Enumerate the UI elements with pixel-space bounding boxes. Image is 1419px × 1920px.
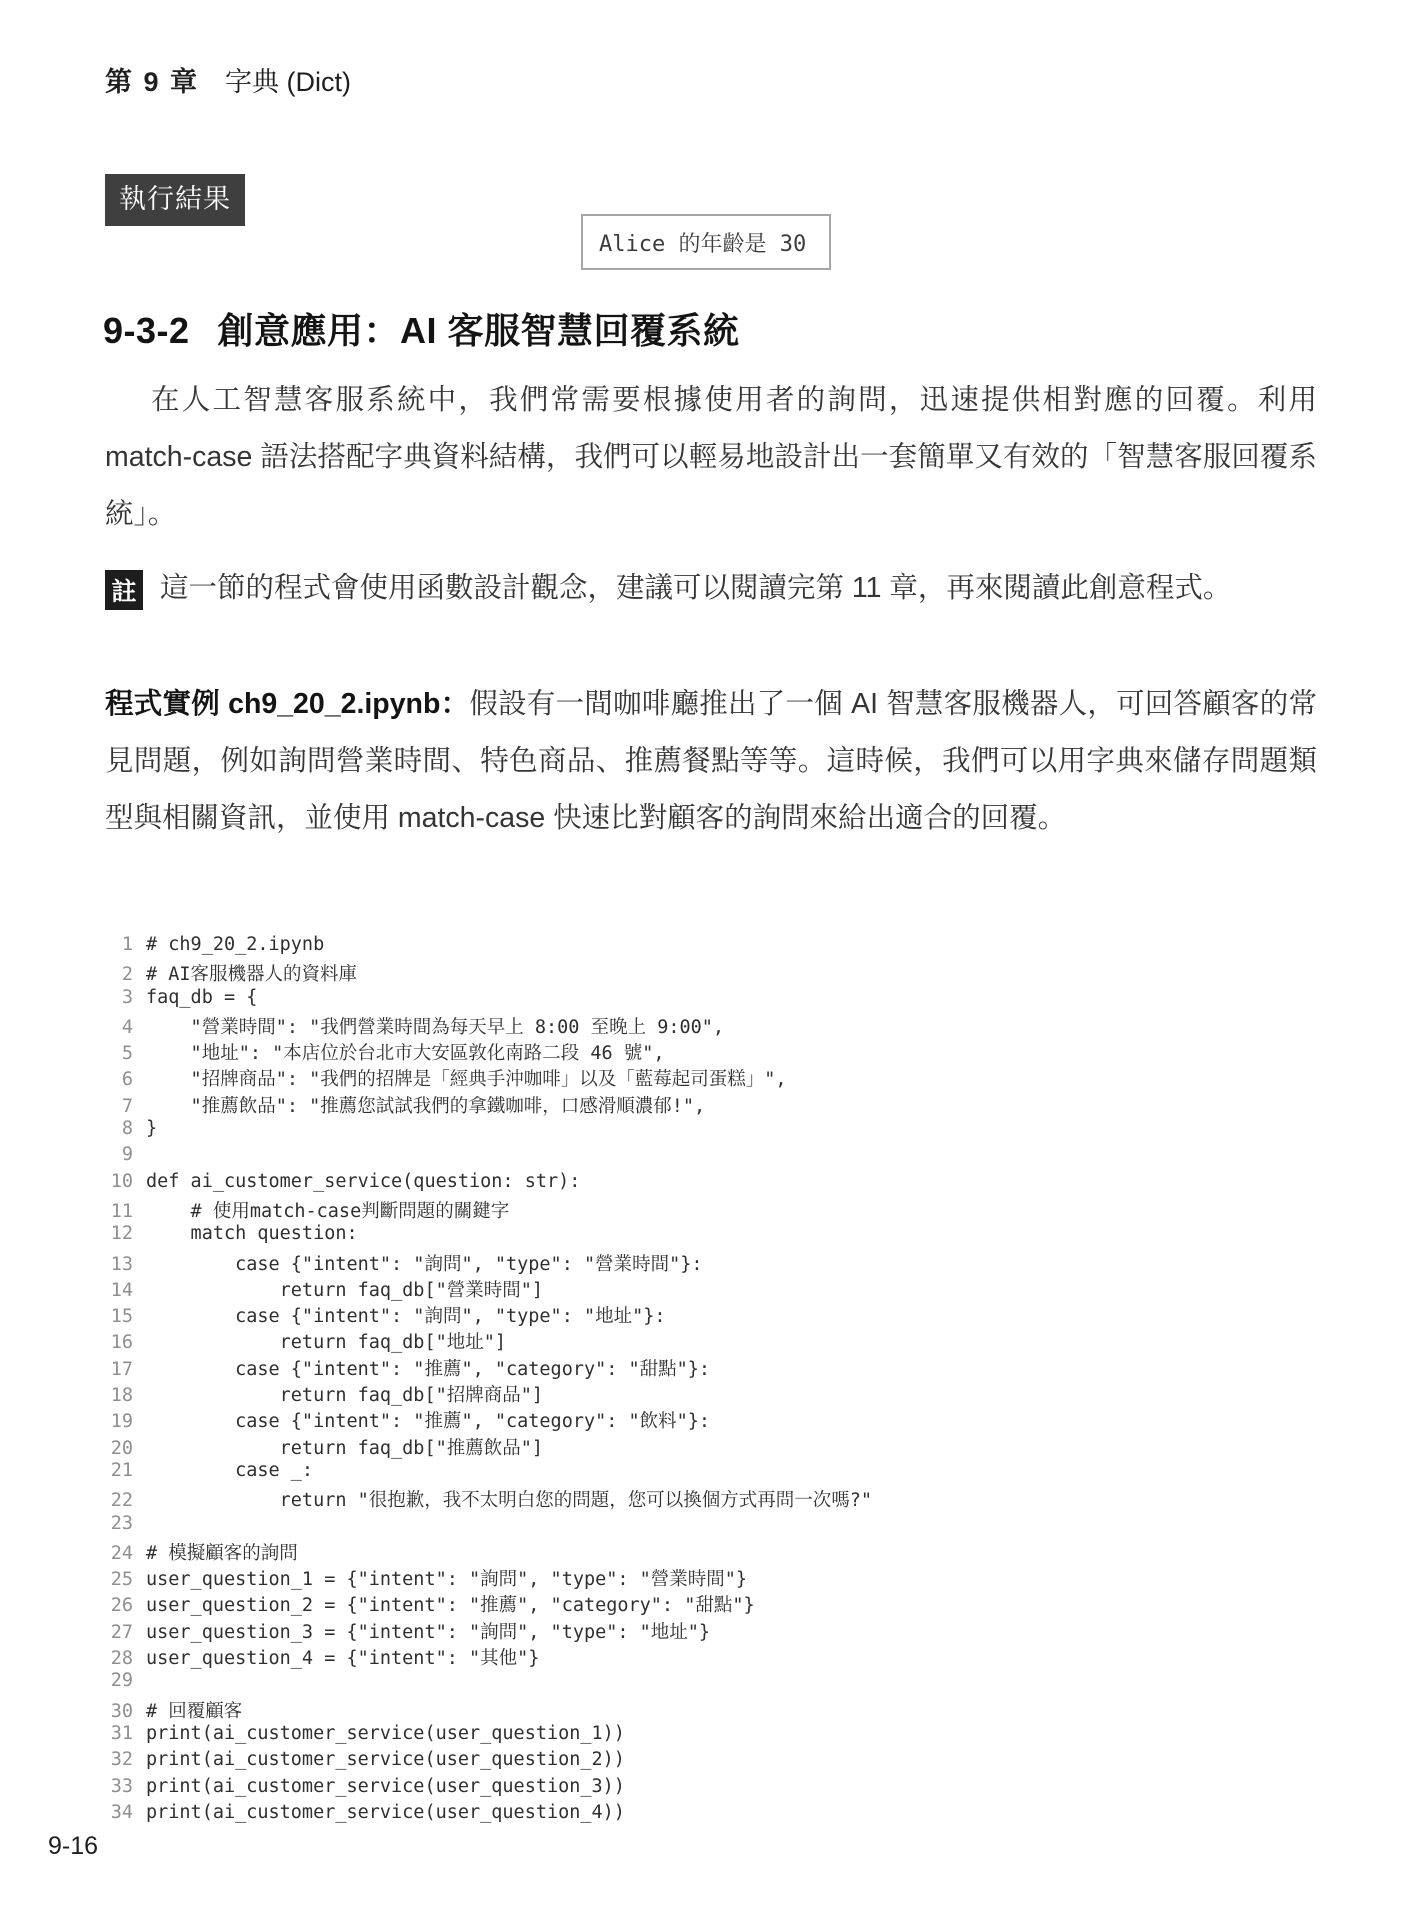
line-number: 28 <box>103 1648 133 1669</box>
code-text: print(ai_customer_service(user_question_… <box>146 1802 625 1823</box>
code-text: def ai_customer_service(question: str): <box>146 1171 580 1192</box>
code-line: 3faq_db = { <box>103 987 1363 1013</box>
line-number: 16 <box>103 1332 133 1353</box>
code-line: 17 case {"intent": "推薦", "category": "甜點… <box>103 1355 1363 1381</box>
line-number: 2 <box>103 964 133 985</box>
code-text: } <box>146 1118 157 1139</box>
line-number: 31 <box>103 1723 133 1744</box>
code-line: 22 return "很抱歉，我不太明白您的問題，您可以換個方式再問一次嗎?" <box>103 1486 1363 1512</box>
line-number: 15 <box>103 1306 133 1327</box>
code-text: "推薦飲品": "推薦您試試我們的拿鐵咖啡，口感滑順濃郁!", <box>146 1092 705 1118</box>
line-number: 5 <box>103 1043 133 1064</box>
line-number: 19 <box>103 1411 133 1432</box>
code-line: 34print(ai_customer_service(user_questio… <box>103 1802 1363 1828</box>
line-number: 18 <box>103 1385 133 1406</box>
code-line: 28user_question_4 = {"intent": "其他"} <box>103 1644 1363 1670</box>
line-number: 12 <box>103 1223 133 1244</box>
code-line: 5 "地址": "本店位於台北市大安區敦化南路二段 46 號", <box>103 1039 1363 1065</box>
code-text: return faq_db["營業時間"] <box>146 1276 543 1302</box>
line-number: 13 <box>103 1254 133 1275</box>
line-number: 32 <box>103 1749 133 1770</box>
intro-paragraph: 在人工智慧客服系統中，我們常需要根據使用者的詢問，迅速提供相對應的回覆。利用 m… <box>105 372 1317 543</box>
code-line: 20 return faq_db["推薦飲品"] <box>103 1434 1363 1460</box>
code-text: user_question_1 = {"intent": "詢問", "type… <box>146 1565 747 1591</box>
code-text: "營業時間": "我們營業時間為每天早上 8:00 至晚上 9:00", <box>146 1013 724 1039</box>
code-text: user_question_2 = {"intent": "推薦", "cate… <box>146 1591 755 1617</box>
code-line: 33print(ai_customer_service(user_questio… <box>103 1776 1363 1802</box>
code-line: 30# 回覆顧客 <box>103 1697 1363 1723</box>
code-line: 2# AI客服機器人的資料庫 <box>103 960 1363 986</box>
code-text: case {"intent": "推薦", "category": "甜點"}: <box>146 1355 710 1381</box>
code-text: case {"intent": "詢問", "type": "營業時間"}: <box>146 1250 703 1276</box>
code-text: print(ai_customer_service(user_question_… <box>146 1776 625 1797</box>
code-line: 10def ai_customer_service(question: str)… <box>103 1171 1363 1197</box>
code-line: 29 <box>103 1670 1363 1696</box>
section-heading: 9-3-2 創意應用：AI 客服智慧回覆系統 <box>103 303 740 354</box>
code-line: 27user_question_3 = {"intent": "詢問", "ty… <box>103 1618 1363 1644</box>
chapter-number: 第 9 章 <box>105 60 199 99</box>
chapter-title: 字典 (Dict) <box>225 60 351 99</box>
code-line: 11 # 使用match-case判斷問題的關鍵字 <box>103 1197 1363 1223</box>
line-number: 7 <box>103 1096 133 1117</box>
example-lead: 程式實例 ch9_20_2.ipynb： <box>105 688 469 720</box>
line-number: 26 <box>103 1595 133 1616</box>
code-line: 31print(ai_customer_service(user_questio… <box>103 1723 1363 1749</box>
code-listing: 1# ch9_20_2.ipynb2# AI客服機器人的資料庫3faq_db =… <box>103 934 1363 1828</box>
line-number: 20 <box>103 1438 133 1459</box>
code-line: 14 return faq_db["營業時間"] <box>103 1276 1363 1302</box>
code-line: 23 <box>103 1513 1363 1539</box>
code-text: # AI客服機器人的資料庫 <box>146 960 357 986</box>
note-badge: 註 <box>105 570 143 610</box>
code-line: 7 "推薦飲品": "推薦您試試我們的拿鐵咖啡，口感滑順濃郁!", <box>103 1092 1363 1118</box>
line-number: 14 <box>103 1280 133 1301</box>
line-number: 8 <box>103 1118 133 1139</box>
code-text: # ch9_20_2.ipynb <box>146 934 324 955</box>
code-line: 6 "招牌商品": "我們的招牌是「經典手沖咖啡」以及「藍莓起司蛋糕」", <box>103 1065 1363 1091</box>
code-text: print(ai_customer_service(user_question_… <box>146 1723 625 1744</box>
code-text: # 回覆顧客 <box>146 1697 242 1723</box>
line-number: 3 <box>103 987 133 1008</box>
footer-page-number: 9-16 <box>48 1832 98 1861</box>
code-text: case {"intent": "推薦", "category": "飲料"}: <box>146 1407 710 1433</box>
program-output-box: Alice 的年齡是 30 <box>581 214 831 270</box>
code-line: 25user_question_1 = {"intent": "詢問", "ty… <box>103 1565 1363 1591</box>
code-line: 4 "營業時間": "我們營業時間為每天早上 8:00 至晚上 9:00", <box>103 1013 1363 1039</box>
code-text: case _: <box>146 1460 313 1481</box>
section-number: 9-3-2 <box>103 310 190 352</box>
code-text: print(ai_customer_service(user_question_… <box>146 1749 625 1770</box>
code-text: # 模擬顧客的詢問 <box>146 1539 298 1565</box>
code-text: user_question_4 = {"intent": "其他"} <box>146 1644 539 1670</box>
code-line: 13 case {"intent": "詢問", "type": "營業時間"}… <box>103 1250 1363 1276</box>
line-number: 23 <box>103 1513 133 1534</box>
line-number: 21 <box>103 1460 133 1481</box>
execution-result-badge: 執行結果 <box>105 174 245 226</box>
code-text: case {"intent": "詢問", "type": "地址"}: <box>146 1302 666 1328</box>
program-output-text: Alice 的年齡是 30 <box>599 227 806 258</box>
code-text: match question: <box>146 1223 358 1244</box>
code-line: 15 case {"intent": "詢問", "type": "地址"}: <box>103 1302 1363 1328</box>
code-text: return "很抱歉，我不太明白您的問題，您可以換個方式再問一次嗎?" <box>146 1486 872 1512</box>
line-number: 17 <box>103 1359 133 1380</box>
code-text: return faq_db["招牌商品"] <box>146 1381 543 1407</box>
section-title: 創意應用：AI 客服智慧回覆系統 <box>218 303 740 354</box>
example-paragraph: 程式實例 ch9_20_2.ipynb：假設有一間咖啡廳推出了一個 AI 智慧客… <box>105 676 1317 847</box>
chapter-header: 第 9 章 字典 (Dict) <box>105 60 351 99</box>
line-number: 9 <box>103 1144 133 1165</box>
code-text: faq_db = { <box>146 987 257 1008</box>
code-line: 24# 模擬顧客的詢問 <box>103 1539 1363 1565</box>
line-number: 25 <box>103 1569 133 1590</box>
note-text: 這一節的程式會使用函數設計觀念，建議可以閱讀完第 11 章，再來閱讀此創意程式。 <box>160 560 1317 617</box>
code-line: 32print(ai_customer_service(user_questio… <box>103 1749 1363 1775</box>
code-text: return faq_db["地址"] <box>146 1328 506 1354</box>
book-page: 第 9 章 字典 (Dict) 執行結果 Alice 的年齡是 30 9-3-2… <box>0 0 1419 1920</box>
line-number: 27 <box>103 1622 133 1643</box>
line-number: 22 <box>103 1490 133 1511</box>
line-number: 34 <box>103 1802 133 1823</box>
code-text: "地址": "本店位於台北市大安區敦化南路二段 46 號", <box>146 1039 665 1065</box>
code-line: 8} <box>103 1118 1363 1144</box>
line-number: 24 <box>103 1543 133 1564</box>
line-number: 4 <box>103 1017 133 1038</box>
code-text: "招牌商品": "我們的招牌是「經典手沖咖啡」以及「藍莓起司蛋糕」", <box>146 1065 787 1091</box>
code-line: 16 return faq_db["地址"] <box>103 1328 1363 1354</box>
line-number: 11 <box>103 1201 133 1222</box>
line-number: 1 <box>103 934 133 955</box>
code-line: 26user_question_2 = {"intent": "推薦", "ca… <box>103 1591 1363 1617</box>
code-text: return faq_db["推薦飲品"] <box>146 1434 543 1460</box>
code-line: 21 case _: <box>103 1460 1363 1486</box>
line-number: 6 <box>103 1069 133 1090</box>
code-text: # 使用match-case判斷問題的關鍵字 <box>146 1197 509 1223</box>
code-line: 9 <box>103 1144 1363 1170</box>
note-row: 註 這一節的程式會使用函數設計觀念，建議可以閱讀完第 11 章，再來閱讀此創意程… <box>105 560 1317 617</box>
code-line: 19 case {"intent": "推薦", "category": "飲料… <box>103 1407 1363 1433</box>
code-text: user_question_3 = {"intent": "詢問", "type… <box>146 1618 710 1644</box>
line-number: 30 <box>103 1701 133 1722</box>
code-line: 12 match question: <box>103 1223 1363 1249</box>
code-line: 18 return faq_db["招牌商品"] <box>103 1381 1363 1407</box>
line-number: 33 <box>103 1776 133 1797</box>
line-number: 29 <box>103 1670 133 1691</box>
line-number: 10 <box>103 1171 133 1192</box>
code-line: 1# ch9_20_2.ipynb <box>103 934 1363 960</box>
